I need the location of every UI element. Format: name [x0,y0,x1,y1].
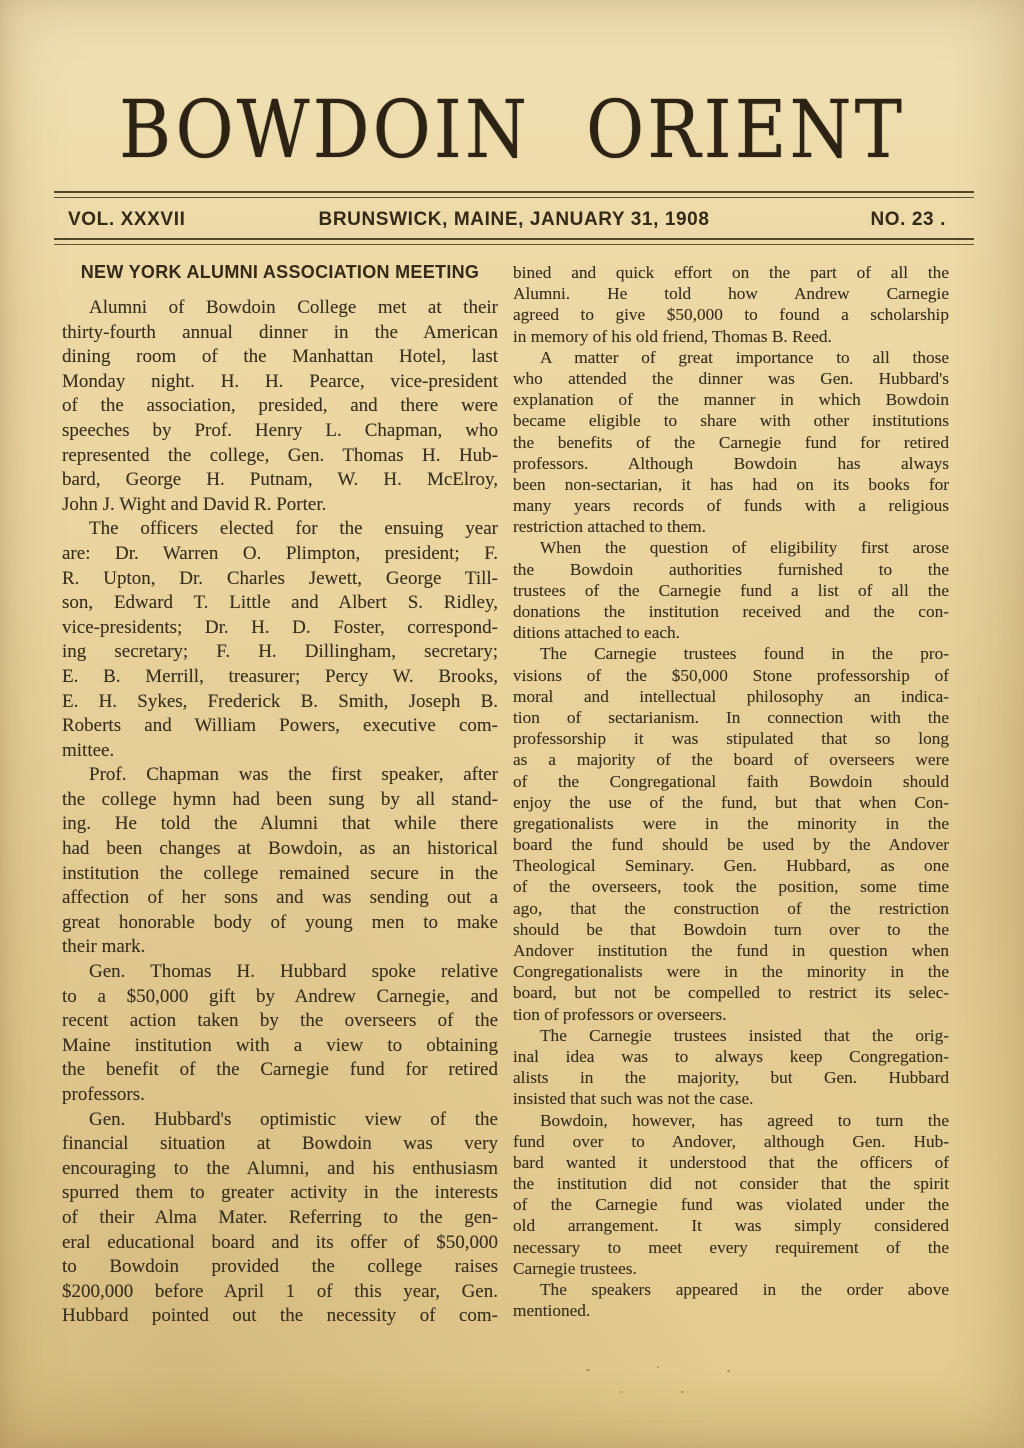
left-column: NEW YORK ALUMNI ASSOCIATION MEETING Alum… [62,262,498,1329]
text-line: institution the college remained secure … [62,862,498,887]
text-line: encouraging to the Alumni, and his enthu… [62,1157,498,1182]
text-line: Prof. Chapman was the first speaker, aft… [62,763,498,788]
text-line: ing secretary; F. H. Dillingham, secreta… [62,640,498,665]
text-line: the benefits of the Carnegie fund for re… [513,432,949,453]
text-line: son, Edward T. Little and Albert S. Ridl… [62,591,498,616]
paper-title: BOWDOINORIENT [0,90,1024,170]
text-line: The Carnegie trustees insisted that the … [513,1025,949,1046]
paragraph: The speakers appeared in the order above… [513,1279,949,1321]
text-line: Roberts and William Powers, executive co… [62,714,498,739]
text-line: to Bowdoin provided the college raises [62,1255,498,1280]
text-line: great honorable body of young men to mak… [62,911,498,936]
paragraph: Bowdoin, however, has agreed to turn the… [513,1110,949,1280]
text-line: Alumni. He told how Andrew Carnegie [513,283,949,304]
text-line: $200,000 before April 1 of this year, Ge… [62,1280,498,1305]
text-line: restriction attached to them. [513,516,949,537]
text-line: ing. He told the Alumni that while there [62,812,498,837]
paragraph: Prof. Chapman was the first speaker, aft… [62,763,498,960]
text-line: A matter of great importance to all thos… [513,347,949,368]
issue-number-label: NO. 23 . [870,209,946,231]
text-line: professors. Although Bowdoin has always [513,453,949,474]
text-line: of the Carnegie fund was violated under … [513,1194,949,1215]
text-line: of their Alma Mater. Referring to the ge… [62,1206,498,1231]
text-line: fund over to Andover, although Gen. Hub- [513,1131,949,1152]
text-line: Gen. Thomas H. Hubbard spoke relative [62,960,498,985]
text-line: became eligible to share with other inst… [513,410,949,431]
text-line: the benefit of the Carnegie fund for ret… [62,1058,498,1083]
place-date-label: BRUNSWICK, MAINE, JANUARY 31, 1908 [319,209,710,231]
text-line: bard wanted it understood that the offic… [513,1152,949,1173]
text-line: board the fund should be used by the And… [513,834,949,855]
text-line: the institution did not consider that th… [513,1173,949,1194]
paragraph: The officers elected for the ensuing yea… [62,517,498,763]
text-line: The officers elected for the ensuing yea… [62,517,498,542]
text-line: professors. [62,1083,498,1108]
text-line: Monday night. H. H. Pearce, vice-preside… [62,370,498,395]
text-line: Congregationalists were in the minority … [513,961,949,982]
paragraph: The Carnegie trustees found in the pro-v… [513,643,949,1024]
text-line: bined and quick effort on the part of al… [513,262,949,283]
text-line: visions of the $50,000 Stone professorsh… [513,665,949,686]
text-line: board, but not be compelled to restrict … [513,982,949,1003]
rule-line [54,238,974,240]
text-line: bard, George H. Putnam, W. H. McElroy, [62,468,498,493]
text-line: enjoy the use of the fund, but that when… [513,792,949,813]
volume-label: VOL. XXXVII [68,209,185,231]
text-line: gregationalists were in the minority in … [513,813,949,834]
text-line: tion of sectarianism. In connection with… [513,707,949,728]
text-line: The Carnegie trustees found in the pro- [513,643,949,664]
rule-line [54,244,974,245]
text-line: trustees of the Carnegie fund a list of … [513,580,949,601]
text-line: who attended the dinner was Gen. Hubbard… [513,368,949,389]
text-line: necessary to meet every requirement of t… [513,1237,949,1258]
text-line: ditions attached to each. [513,622,949,643]
text-line: agreed to give $50,000 to found a schola… [513,304,949,325]
text-line: R. Upton, Dr. Charles Jewett, George Til… [62,567,498,592]
paper-title-word1: BOWDOIN [119,83,530,176]
text-line: as a majority of the board of overseers … [513,749,949,770]
masthead: BOWDOINORIENT [0,90,1024,161]
scan-speck [586,1369,590,1371]
text-line: insisted that such was not the case. [513,1088,949,1109]
text-line: Bowdoin, however, has agreed to turn the [513,1110,949,1131]
text-line: ago, that the construction of the restri… [513,898,949,919]
paragraph: A matter of great importance to all thos… [513,347,949,538]
text-line: E. H. Sykes, Frederick B. Smith, Joseph … [62,690,498,715]
text-line: alists in the majority, but Gen. Hubbard [513,1067,949,1088]
text-line: speeches by Prof. Henry L. Chapman, who [62,419,498,444]
text-line: the Bowdoin authorities furnished to the [513,559,949,580]
rule-line [54,191,974,193]
text-line: of the overseers, took the position, som… [513,876,949,897]
scan-speck [620,1391,622,1393]
text-line: mentioned. [513,1300,949,1321]
paragraph: Alumni of Bowdoin College met at theirth… [62,296,498,517]
paragraph: Gen. Thomas H. Hubbard spoke relativeto … [62,960,498,1108]
paragraph: The Carnegie trustees insisted that the … [513,1025,949,1110]
paragraph: bined and quick effort on the part of al… [513,262,949,347]
text-line: tion of professors or overseers. [513,1004,949,1025]
double-rule-top [54,191,974,199]
text-line: thirty-fourth annual dinner in the Ameri… [62,321,498,346]
text-line: eral educational board and its offer of … [62,1231,498,1256]
scan-speck [681,1391,684,1393]
text-line: of the association, presided, and there … [62,394,498,419]
text-line: donations the institution received and t… [513,601,949,622]
text-line: The speakers appeared in the order above [513,1279,949,1300]
text-line: of the Congregational faith Bowdoin shou… [513,771,949,792]
text-line: Carnegie trustees. [513,1258,949,1279]
text-line: When the question of eligibility first a… [513,537,949,558]
text-line: represented the college, Gen. Thomas H. … [62,444,498,469]
text-line: had been changes at Bowdoin, as an histo… [62,837,498,862]
text-line: Hubbard pointed out the necessity of com… [62,1304,498,1329]
text-line: moral and intellectual philosophy an ind… [513,686,949,707]
text-line: Gen. Hubbard's optimistic view of the [62,1108,498,1133]
paragraph: Gen. Hubbard's optimistic view of thefin… [62,1108,498,1329]
text-line: many years records of funds with a relig… [513,495,949,516]
right-column: bined and quick effort on the part of al… [513,262,949,1321]
text-line: financial situation at Bowdoin was very [62,1132,498,1157]
rule-line [54,197,974,198]
text-line: are: Dr. Warren O. Plimpton, president; … [62,542,498,567]
text-line: Theological Seminary. Gen. Hubbard, as o… [513,855,949,876]
text-line: inal idea was to always keep Congregatio… [513,1046,949,1067]
text-line: should be that Bowdoin turn over to the [513,919,949,940]
scan-speck [657,1366,659,1368]
text-line: to a $50,000 gift by Andrew Carnegie, an… [62,985,498,1010]
text-line: affection of her sons and was sending ou… [62,886,498,911]
text-line: the college hymn had been sung by all st… [62,788,498,813]
text-line: Alumni of Bowdoin College met at their [62,296,498,321]
text-line: dining room of the Manhattan Hotel, last [62,345,498,370]
text-line: John J. Wight and David R. Porter. [62,493,498,518]
text-line: E. B. Merrill, treasurer; Percy W. Brook… [62,665,498,690]
text-line: mittee. [62,739,498,764]
scan-speck [727,1370,730,1372]
double-rule-bottom [54,238,974,246]
text-line: been non-sectarian, it has had on its bo… [513,474,949,495]
text-line: professorship it was stipulated that so … [513,728,949,749]
paper-title-word2: ORIENT [586,83,905,176]
paragraph: When the question of eligibility first a… [513,537,949,643]
dateline-bar: VOL. XXXVII BRUNSWICK, MAINE, JANUARY 31… [54,206,974,236]
text-line: vice-presidents; Dr. H. D. Foster, corre… [62,616,498,641]
text-line: spurred them to greater activity in the … [62,1181,498,1206]
article-heading: NEW YORK ALUMNI ASSOCIATION MEETING [62,262,498,283]
text-line: explanation of the manner in which Bowdo… [513,389,949,410]
text-line: in memory of his old friend, Thomas B. R… [513,326,949,347]
text-line: Maine institution with a view to obtaini… [62,1034,498,1059]
text-line: their mark. [62,935,498,960]
text-line: Andover institution the fund in question… [513,940,949,961]
newspaper-page: BOWDOINORIENT VOL. XXXVII BRUNSWICK, MAI… [0,0,1024,1448]
text-line: recent action taken by the overseers of … [62,1009,498,1034]
text-line: old arrangement. It was simply considere… [513,1215,949,1236]
